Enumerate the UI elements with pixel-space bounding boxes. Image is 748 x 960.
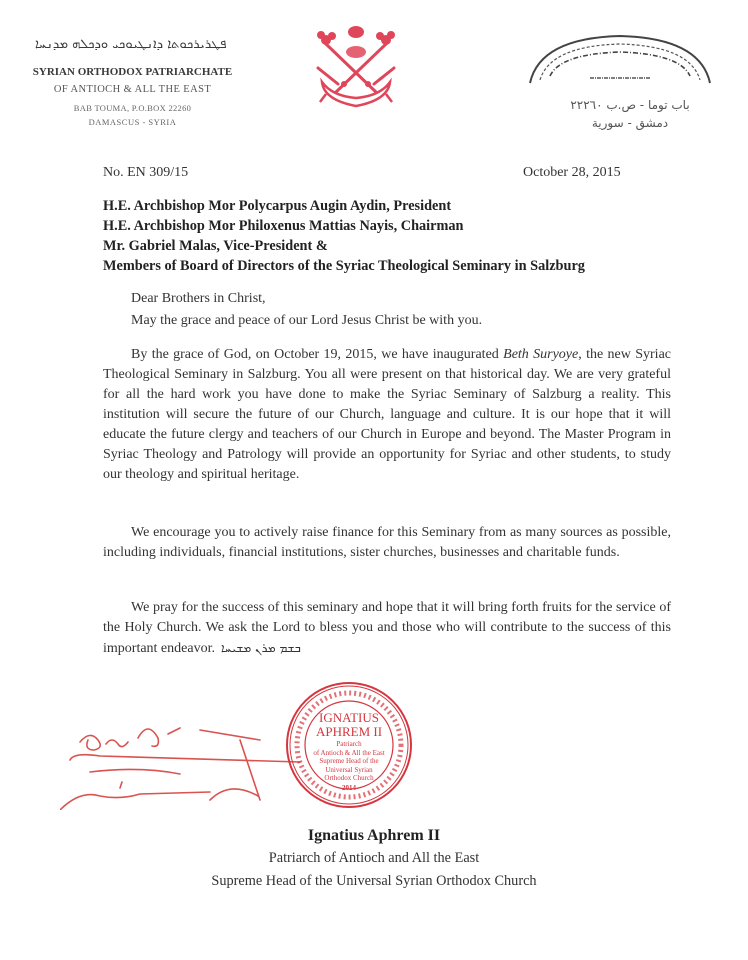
seal-inner-text: Patriarch of Antioch & All the East Supr… <box>284 740 414 783</box>
seal-inner-line: Patriarch <box>284 740 414 749</box>
addressee: Mr. Gabriel Malas, Vice-President & <box>103 236 585 256</box>
syriac-blessing: ܒܫܡ ܡܪܢ ܡܫܝܚܐ <box>221 641 301 655</box>
reference-number: No. EN 309/15 <box>103 165 188 181</box>
letter-date: October 28, 2015 <box>523 165 621 181</box>
syriac-header-text: ܦܛܪܝܪܟܘܬܐ ܕܐܢܛܝܘܟܝ ܘܕܟܠܗ ܡܕܢܚܐ <box>35 37 226 52</box>
greeting: May the grace and peace of our Lord Jesu… <box>131 311 699 331</box>
arabic-calligraphy-logo <box>520 28 720 88</box>
paragraph-1: By the grace of God, on October 19, 2015… <box>103 345 671 485</box>
addressee: H.E. Archbishop Mor Philoxenus Mattias N… <box>103 216 585 236</box>
seal-line-2: APHREM II <box>284 724 414 740</box>
seminary-name: Beth Suryoye <box>503 347 578 362</box>
seal-inner-line: of Antioch & All the East <box>284 749 414 758</box>
org-name: SYRIAN ORTHODOX PATRIARCHATE <box>0 66 265 78</box>
arabic-address-line2: دمشق - سورية <box>540 116 720 130</box>
seal-inner-line: Orthodox Church <box>284 774 414 783</box>
signer-title-1: Patriarch of Antioch and All the East <box>0 850 748 867</box>
salutation: Dear Brothers in Christ, <box>131 289 699 309</box>
addressee: H.E. Archbishop Mor Polycarpus Augin Ayd… <box>103 196 585 216</box>
paragraph-3: We pray for the success of this seminary… <box>103 598 671 659</box>
seal-year: 2014 <box>284 784 414 792</box>
official-seal: IGNATIUS APHREM II Patriarch of Antioch … <box>284 680 414 810</box>
arabic-address-line1: باب توما - ص.ب ٢٢٢٦٠ <box>540 98 720 112</box>
seal-inner-line: Universal Syrian <box>284 766 414 775</box>
addressee-list: H.E. Archbishop Mor Polycarpus Augin Ayd… <box>103 196 585 276</box>
signer-name: Ignatius Aphrem II <box>0 827 748 845</box>
addressee: Members of Board of Directors of the Syr… <box>103 256 585 276</box>
seal-inner-line: Supreme Head of the <box>284 757 414 766</box>
org-address-line2: DAMASCUS - SYRIA <box>0 117 265 127</box>
paragraph-1-text-b: , the new Syriac Theological Seminary in… <box>103 347 671 482</box>
signer-title-2: Supreme Head of the Universal Syrian Ort… <box>0 873 748 890</box>
org-subtitle: OF ANTIOCH & ALL THE EAST <box>0 84 265 95</box>
paragraph-1-text-a: By the grace of God, on October 19, 2015… <box>131 347 503 362</box>
paragraph-3-text: We pray for the success of this seminary… <box>103 600 671 656</box>
paragraph-2: We encourage you to actively raise finan… <box>103 523 671 563</box>
patriarchal-crest-icon <box>316 22 396 112</box>
org-address-line1: BAB TOUMA, P.O.BOX 22260 <box>0 103 265 113</box>
